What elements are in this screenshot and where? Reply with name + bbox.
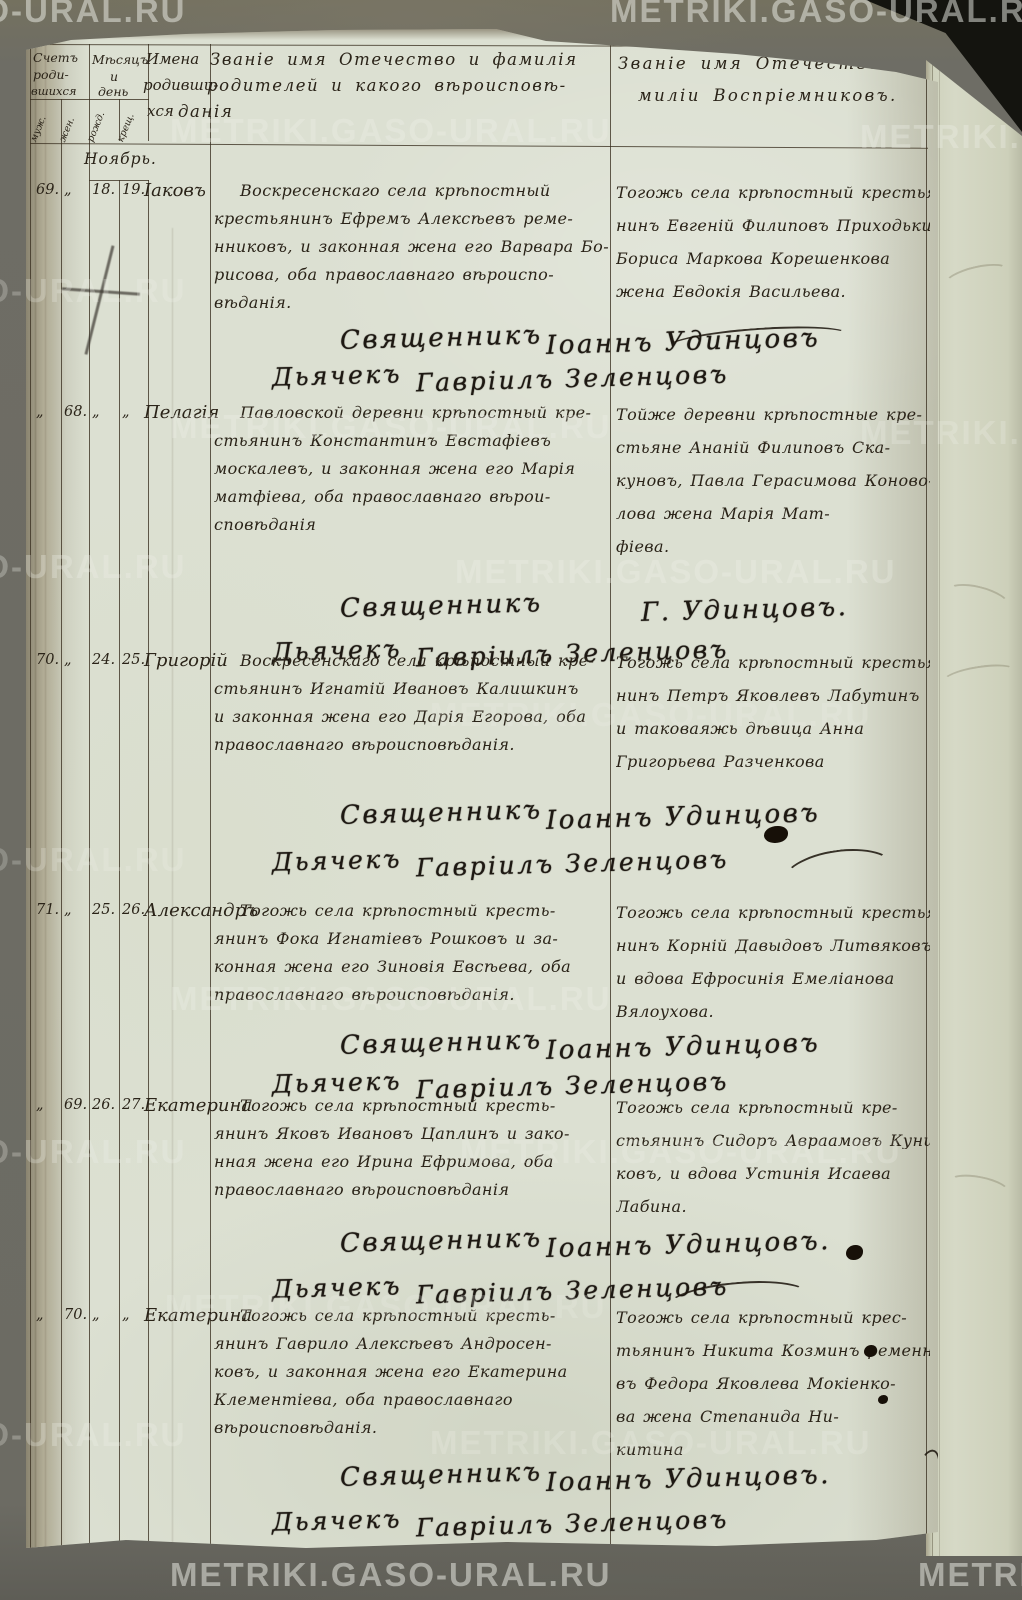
entry-male-count: „: [36, 405, 44, 420]
parents-line: вѣданія.: [214, 295, 292, 311]
entry-female-count: „: [64, 653, 72, 668]
paper-crease: [172, 228, 173, 1558]
book-spine: [26, 28, 66, 1562]
parents-line: православнаго вѣроисповѣданія.: [214, 737, 515, 753]
priest-signature-name: Іоаннъ Удинцовъ: [546, 1030, 821, 1064]
metric-book-page: Счетъ роди- вшихся Мѣсяцъ и день муж. же…: [26, 28, 938, 1562]
table-grid-line: [61, 99, 62, 1556]
priest-signature-title: Священникъ: [340, 1459, 543, 1491]
parents-line: Клементіева, оба православнаго: [214, 1392, 513, 1408]
bleed-through-mark: [942, 259, 1011, 295]
deacon-signature-title: Дьячекъ: [272, 1068, 403, 1097]
godparents-line: Тогожь села крѣпостный крестья-: [616, 185, 930, 201]
spine-crease: [35, 28, 36, 1562]
priest-signature-title: Священникъ: [340, 1225, 543, 1257]
parents-line: янинъ Яковъ Ивановъ Цаплинъ и зако-: [214, 1126, 570, 1142]
godparents-line: ковъ, и вдова Устинія Исаева: [616, 1166, 930, 1182]
entry-birth-day: „: [92, 405, 100, 420]
header-date-line3: день: [98, 86, 128, 99]
entry-birth-day: „: [92, 1308, 100, 1323]
godparents-line: куновъ, Павла Герасимова Коново-: [616, 473, 930, 489]
godparents-line: Вялоухова.: [616, 1004, 930, 1020]
parents-line: Тогожь села крѣпостный кресть-: [240, 903, 556, 919]
godparents-line: нинъ Корній Давыдовъ Литвяковъ: [616, 938, 930, 954]
entry-birth-day: 24.: [92, 653, 115, 668]
godparents-line: Лабина.: [616, 1199, 930, 1215]
deacon-signature-name: Гавріилъ Зеленцовъ: [416, 362, 729, 396]
parents-line: Павловской деревни крѣпостный кре-: [240, 405, 591, 421]
header-parents-line1: Званіе имя Отечество и фамилія: [210, 52, 578, 69]
parents-line: стьянинъ Константинъ Евстафіевъ: [214, 433, 551, 449]
godparents-line: нинъ Евгеній Филиповъ Приходьки и: [616, 218, 930, 234]
godparents-line: Тойже деревни крѣпостные кре-: [616, 407, 930, 423]
priest-signature-title: Священникъ: [340, 590, 543, 622]
parents-line: конная жена его Зиновія Евсѣева, оба: [214, 959, 571, 975]
parents-line: янинъ Фока Игнатіевъ Рошковъ и за-: [214, 931, 558, 947]
table-grid-line: [30, 44, 31, 1556]
watermark-text: METRIKI.GASO-URAL.RU: [170, 1556, 611, 1594]
godparents-line: въ Федора Яковлева Мокіенко-: [616, 1376, 930, 1392]
priest-signature-title: Священникъ: [340, 797, 543, 829]
entry-female-count: „: [64, 903, 72, 918]
entry-child-name: Екатерина: [144, 1097, 252, 1115]
entry-female-count: 70.: [64, 1308, 87, 1323]
godparents-line: лова жена Марія Мат-: [616, 506, 930, 522]
deacon-signature-name: Гавріилъ Зеленцовъ: [416, 847, 729, 881]
priest-signature-title: Священникъ: [340, 1027, 543, 1059]
paper-edge: [26, 1548, 938, 1562]
entry-female-count: 68.: [64, 405, 87, 420]
header-date-line2: и: [110, 71, 118, 84]
table-grid-line: [30, 143, 928, 149]
entry-baptism-day: „: [122, 1308, 130, 1323]
entry-birth-day: 18.: [92, 183, 115, 198]
entry-child-name: Іаковъ: [144, 182, 206, 200]
godparents-line: китина: [616, 1442, 930, 1458]
page-fold-edge: [939, 26, 940, 1556]
scanned-page: Счетъ роди- вшихся Мѣсяцъ и день муж. же…: [0, 0, 1022, 1600]
table-grid-line: [610, 44, 611, 1556]
entry-male-count: „: [36, 1098, 44, 1113]
godparents-line: нинъ Петръ Яковлевъ Лабутинъ: [616, 688, 930, 704]
parents-line: крестьянинъ Ефремъ Алексѣевъ реме-: [214, 211, 573, 227]
ink-blot: [846, 1245, 863, 1260]
entry-baptism-day: 19.: [122, 183, 145, 198]
parents-line: сповѣданія: [214, 517, 316, 533]
parents-line: Тогожь села крѣпостный кресть-: [240, 1308, 556, 1324]
bleed-through-mark: [941, 660, 1017, 691]
godparents-line: тьянинъ Никита Козминъ ременни-: [616, 1343, 930, 1359]
header-parents-line2: родителей и какого вѣроисповѣ-: [207, 78, 567, 95]
godparents-line: ва жена Степанида Ни-: [616, 1409, 930, 1425]
watermark-text: METRIKI.GASO-URAL.RU: [0, 0, 186, 30]
godparents-line: и вдова Ефросинія Емеліанова: [616, 971, 930, 987]
entry-female-count: „: [64, 183, 72, 198]
table-grid-line: [30, 44, 928, 48]
priest-signature-title: Священникъ: [340, 322, 543, 354]
godparents-line: Григорьева Разченкова: [616, 754, 930, 770]
priest-signature-name: Іоаннъ Удинцовъ.: [546, 1228, 832, 1262]
entry-child-name: Екатерина: [144, 1307, 252, 1325]
parents-line: нная жена его Ирина Ефримова, оба: [214, 1154, 554, 1170]
header-count-line1: Счетъ: [33, 52, 78, 65]
godparents-line: Тогожь села крѣпостный крестья-: [616, 655, 930, 671]
entry-male-count: 69.: [36, 183, 59, 198]
month-label: Ноябрь.: [84, 152, 157, 168]
priest-signature-name: Іоаннъ Удинцовъ.: [546, 1462, 832, 1496]
godparents-line: Бориса Маркова Корешенкова: [616, 251, 930, 267]
parents-line: стьянинъ Игнатій Ивановъ Калишкинъ: [214, 681, 579, 697]
parents-line: матфіева, оба православнаго вѣрои-: [214, 489, 551, 505]
entry-baptism-day: 25.: [122, 653, 145, 668]
parents-line: янинъ Гаврило Алексѣевъ Андросен-: [214, 1336, 552, 1352]
entry-birth-day: 25.: [92, 903, 115, 918]
godparents-line: Тогожь села крѣпостный кре-: [616, 1100, 930, 1116]
table-grid-line: [148, 180, 149, 1556]
adjacent-page: [926, 26, 1022, 1556]
parents-line: Воскресенскаго села крѣпостный кре-: [240, 653, 594, 669]
header-date-line1: Мѣсяцъ: [92, 54, 148, 67]
table-grid-line: [89, 44, 90, 1556]
header-names-line1: Имена: [146, 52, 199, 67]
entry-birth-day: 26.: [92, 1098, 115, 1113]
parents-line: православнаго вѣроисповѣданія: [214, 1182, 509, 1198]
entry-female-count: 69.: [64, 1098, 87, 1113]
table-grid-line: [210, 44, 211, 1556]
header-parents-line3: данія: [178, 104, 233, 121]
deacon-signature-title: Дьячекъ: [272, 361, 403, 390]
parents-line: православнаго вѣроисповѣданія.: [214, 987, 515, 1003]
godparents-line: фіева.: [616, 539, 930, 555]
paper-edge: [26, 28, 938, 40]
parents-line: Воскресенскаго села крѣпостный: [240, 183, 551, 199]
parents-line: вѣроисповѣданія.: [214, 1420, 377, 1436]
godparents-line: и таковаяжь дѣвица Анна: [616, 721, 930, 737]
header-godparents-line1: Званіе имя Отечество и фа-: [618, 56, 955, 73]
header-count-line3: вшихся: [31, 86, 77, 98]
bleed-through-mark: [944, 579, 1012, 618]
watermark-text: METRIKI.GASO-URAL.RU: [918, 1556, 1022, 1594]
table-grid-line: [119, 180, 120, 1556]
parents-line: ковъ, и законная жена его Екатерина: [214, 1364, 568, 1380]
deacon-signature-title: Дьячекъ: [272, 1506, 403, 1535]
priest-signature-name: Г. Удинцовъ.: [641, 594, 849, 626]
entry-child-name: Пелагія: [144, 404, 219, 422]
godparents-line: жена Евдокія Васильева.: [616, 284, 930, 300]
entry-baptism-day: 26.: [122, 903, 145, 918]
header-names-line3: хся: [147, 104, 174, 119]
godparents-line: стьянинъ Сидоръ Авраамовъ Кунщи-: [616, 1133, 930, 1149]
entry-baptism-day: „: [122, 405, 130, 420]
entry-baptism-day: 27.: [122, 1098, 145, 1113]
entry-child-name: Григорій: [144, 652, 228, 670]
header-godparents-line2: миліи Воспріемниковъ.: [638, 88, 898, 105]
spine-crease: [45, 28, 46, 1562]
parents-line: москалевъ, и законная жена его Марія: [214, 461, 575, 477]
ink-blot: [878, 1395, 888, 1404]
parents-line: нниковъ, и законная жена его Варвара Бо-: [214, 239, 609, 255]
ink-blot: [764, 826, 788, 843]
deacon-signature-name: Гавріилъ Зеленцовъ: [416, 1507, 729, 1541]
godparents-line: Тогожь села крѣпостный крестья-: [616, 905, 930, 921]
header-count-line2: роди-: [33, 69, 69, 82]
godparents-line: стьяне Ананій Филиповъ Ска-: [616, 440, 930, 456]
table-grid-line: [926, 44, 927, 1556]
deacon-signature-title: Дьячекъ: [272, 1273, 403, 1302]
bleed-through-mark: [946, 1170, 1011, 1203]
parents-line: Тогожь села крѣпостный кресть-: [240, 1098, 556, 1114]
entry-male-count: 70.: [36, 653, 59, 668]
deacon-signature-title: Дьячекъ: [272, 846, 403, 875]
signature-flourish: [779, 842, 899, 907]
table-grid-line: [89, 180, 149, 181]
parents-line: и законная жена его Дарія Егорова, оба: [214, 709, 586, 725]
entry-male-count: „: [36, 1308, 44, 1323]
entry-male-count: 71.: [36, 903, 59, 918]
table-grid-line: [30, 99, 149, 100]
parents-line: рисова, оба православнаго вѣроиспо-: [214, 267, 554, 283]
